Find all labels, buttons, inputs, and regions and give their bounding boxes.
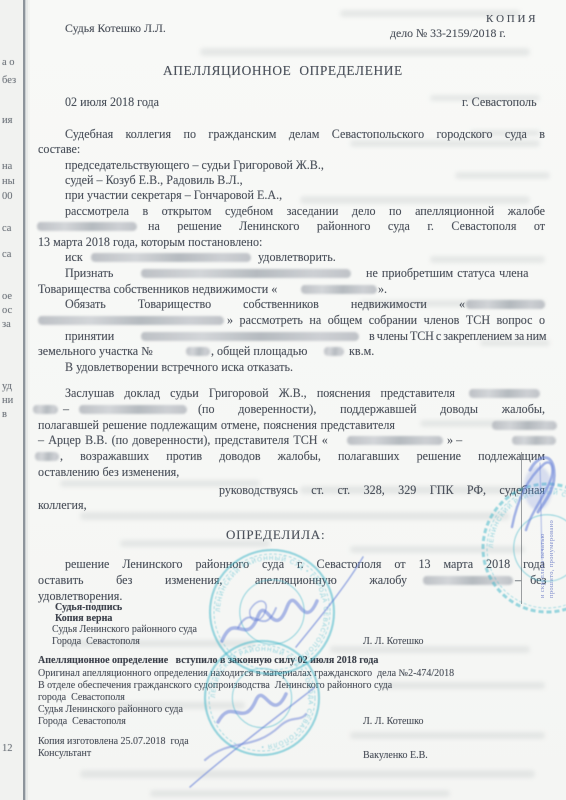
bleed-artifact xyxy=(350,732,545,739)
bleed-artifact xyxy=(80,770,535,778)
text-line: Судебная коллегия по гражданским делам С… xyxy=(65,128,545,142)
text-line: Города Севастополя xyxy=(38,716,126,728)
text-line: г. Севастополь xyxy=(462,96,537,110)
text-line: Л. Л. Котешко xyxy=(363,716,423,728)
text-line: , общей площадью xyxy=(211,345,307,359)
text-line: » – xyxy=(447,434,462,448)
bleed-artifact xyxy=(330,646,530,653)
text-line: Судья Ленинского районного суда xyxy=(38,704,183,716)
margin-fragment: ны xyxy=(2,176,15,187)
text-line: Консультант xyxy=(38,748,91,760)
text-line: Обязать Товарищество собственников недви… xyxy=(65,298,465,312)
text-line: полагавшей решение подлежащим отмене, по… xyxy=(38,419,395,433)
text-line: составе: xyxy=(38,143,80,157)
text-line: Вакуленко Е.В. xyxy=(363,750,428,762)
bleed-artifact xyxy=(150,790,450,797)
margin-fragment: в xyxy=(2,409,7,420)
text-line: » рассмотреть на общем собрании членов Т… xyxy=(227,314,545,328)
text-line: при участии секретаря – Гончаровой Е.А., xyxy=(65,189,282,203)
text-line: – xyxy=(63,403,69,417)
margin-fragment: ия xyxy=(2,115,12,126)
redaction-blob xyxy=(38,316,225,325)
margin-fragment: на xyxy=(2,161,12,172)
text-line: города Севастополя xyxy=(38,692,125,704)
text-line: Копия изготовлена 25.07.2018 года xyxy=(38,736,189,748)
margin-fragment: са xyxy=(2,223,11,234)
bleed-artifact xyxy=(200,48,530,56)
redaction-blob xyxy=(347,436,444,445)
text-line: 02 июля 2018 года xyxy=(65,96,159,110)
text-line: на решение Ленинского районного суда г. … xyxy=(148,220,545,234)
redaction-blob xyxy=(466,300,546,309)
redaction-blob xyxy=(91,253,252,262)
text-line: Товарищества собственников недвижимости … xyxy=(38,283,277,297)
bleed-artifact xyxy=(455,172,550,179)
text-line: рассмотрела в открытом судебном заседани… xyxy=(65,205,545,219)
text-line: Города Севастополя xyxy=(52,636,140,648)
binder-note-line: и скреплено печатью xyxy=(539,456,546,598)
bleed-artifact xyxy=(350,546,525,553)
bleed-artifact xyxy=(380,682,545,689)
text-line: оставить без изменения, апелляционную жа… xyxy=(38,574,407,588)
text-line: Л. Л. Котешко xyxy=(363,636,423,648)
bleed-artifact xyxy=(430,256,545,263)
redaction-blob xyxy=(141,332,360,341)
redaction-blob xyxy=(512,436,557,445)
text-line: В отделе обеспечения гражданского судопр… xyxy=(38,680,392,692)
text-line: оставлению без изменения, xyxy=(38,466,179,480)
text-line: Апелляционное определение вступило в зак… xyxy=(38,655,378,667)
text-line: Судья-подпись xyxy=(55,602,122,614)
text-line: коллегия, xyxy=(38,499,87,513)
margin-fragment: уд xyxy=(2,381,12,392)
scanned-court-document: а обезиянаны00сасаоеосзауднив12 Судья Ко… xyxy=(0,0,566,800)
text-line: председательствующего – судьи Григоровой… xyxy=(65,159,324,173)
redaction-blob xyxy=(79,405,188,414)
redaction-blob xyxy=(35,452,60,461)
redaction-blob xyxy=(469,389,541,398)
text-line: Судья Котешко Л.Л. xyxy=(65,22,166,36)
text-line: решение Ленинского районного суда г. Сев… xyxy=(65,558,545,572)
bleed-artifact xyxy=(80,512,510,520)
text-line: ». xyxy=(378,283,387,297)
redaction-blob xyxy=(301,285,378,294)
text-line: АПЕЛЛЯЦИОННОЕ ОПРЕДЕЛЕНИЕ xyxy=(163,63,403,78)
text-line: , возражавших против доводов жалобы, пол… xyxy=(60,450,545,464)
text-line: Оригинал апелляционного определения нахо… xyxy=(38,668,454,680)
redaction-blob xyxy=(141,269,352,278)
text-line: – Арцер В.В. (по доверенности), представ… xyxy=(38,434,328,448)
text-line: (по доверенности), поддержавшей доводы ж… xyxy=(198,403,545,417)
text-line: земельного участка № xyxy=(38,345,153,359)
text-line: дело № 33-2159/2018 г. xyxy=(390,27,506,41)
binder-note-line: прошито, пронумеровано xyxy=(548,456,555,598)
text-line: 13 марта 2018 года, которым постановлено… xyxy=(38,236,262,250)
text-line: принятии xyxy=(65,330,114,344)
text-line: Копия верна xyxy=(55,613,112,625)
text-line: иск xyxy=(65,251,83,265)
redaction-blob xyxy=(186,347,211,356)
text-line: не приобретшим статуса члена xyxy=(366,267,528,281)
redaction-blob xyxy=(324,347,345,356)
margin-fragment: ни xyxy=(2,395,13,406)
text-line: руководствуясь ст. ст. 328, 329 ГПК РФ, … xyxy=(219,484,545,498)
text-line: судей – Козуб Е.В., Радовиль В.Л., xyxy=(65,174,243,188)
redaction-blob xyxy=(492,421,558,430)
redaction-blob xyxy=(423,576,514,585)
text-line: Судья Ленинского районного суда xyxy=(52,624,197,636)
text-line: удовлетворить. xyxy=(258,251,336,265)
margin-fragment: а о xyxy=(2,57,15,68)
text-line: В удовлетворении встречного иска отказат… xyxy=(65,361,293,375)
margin-fragment: ос xyxy=(2,305,12,316)
text-line: Признать xyxy=(65,267,113,281)
text-line: ОПРЕДЕЛИЛА: xyxy=(226,528,325,543)
margin-fragment: 00 xyxy=(2,191,13,202)
margin-fragment: 12 xyxy=(2,743,13,754)
bleed-artifact xyxy=(300,196,530,204)
text-line: кв.м. xyxy=(349,345,374,359)
text-line: К О П И Я xyxy=(486,13,536,26)
margin-fragment: ое xyxy=(2,291,12,302)
margin-fragment: без xyxy=(2,75,16,86)
text-line: в члены ТСН с закреплением за ним xyxy=(369,330,546,344)
margin-fragment: са xyxy=(2,249,11,260)
redaction-blob xyxy=(37,222,138,231)
redaction-blob xyxy=(33,405,59,414)
margin-fragment: за xyxy=(2,319,11,330)
text-line: Заслушав доклад судьи Григоровой Ж.В., п… xyxy=(65,387,455,401)
